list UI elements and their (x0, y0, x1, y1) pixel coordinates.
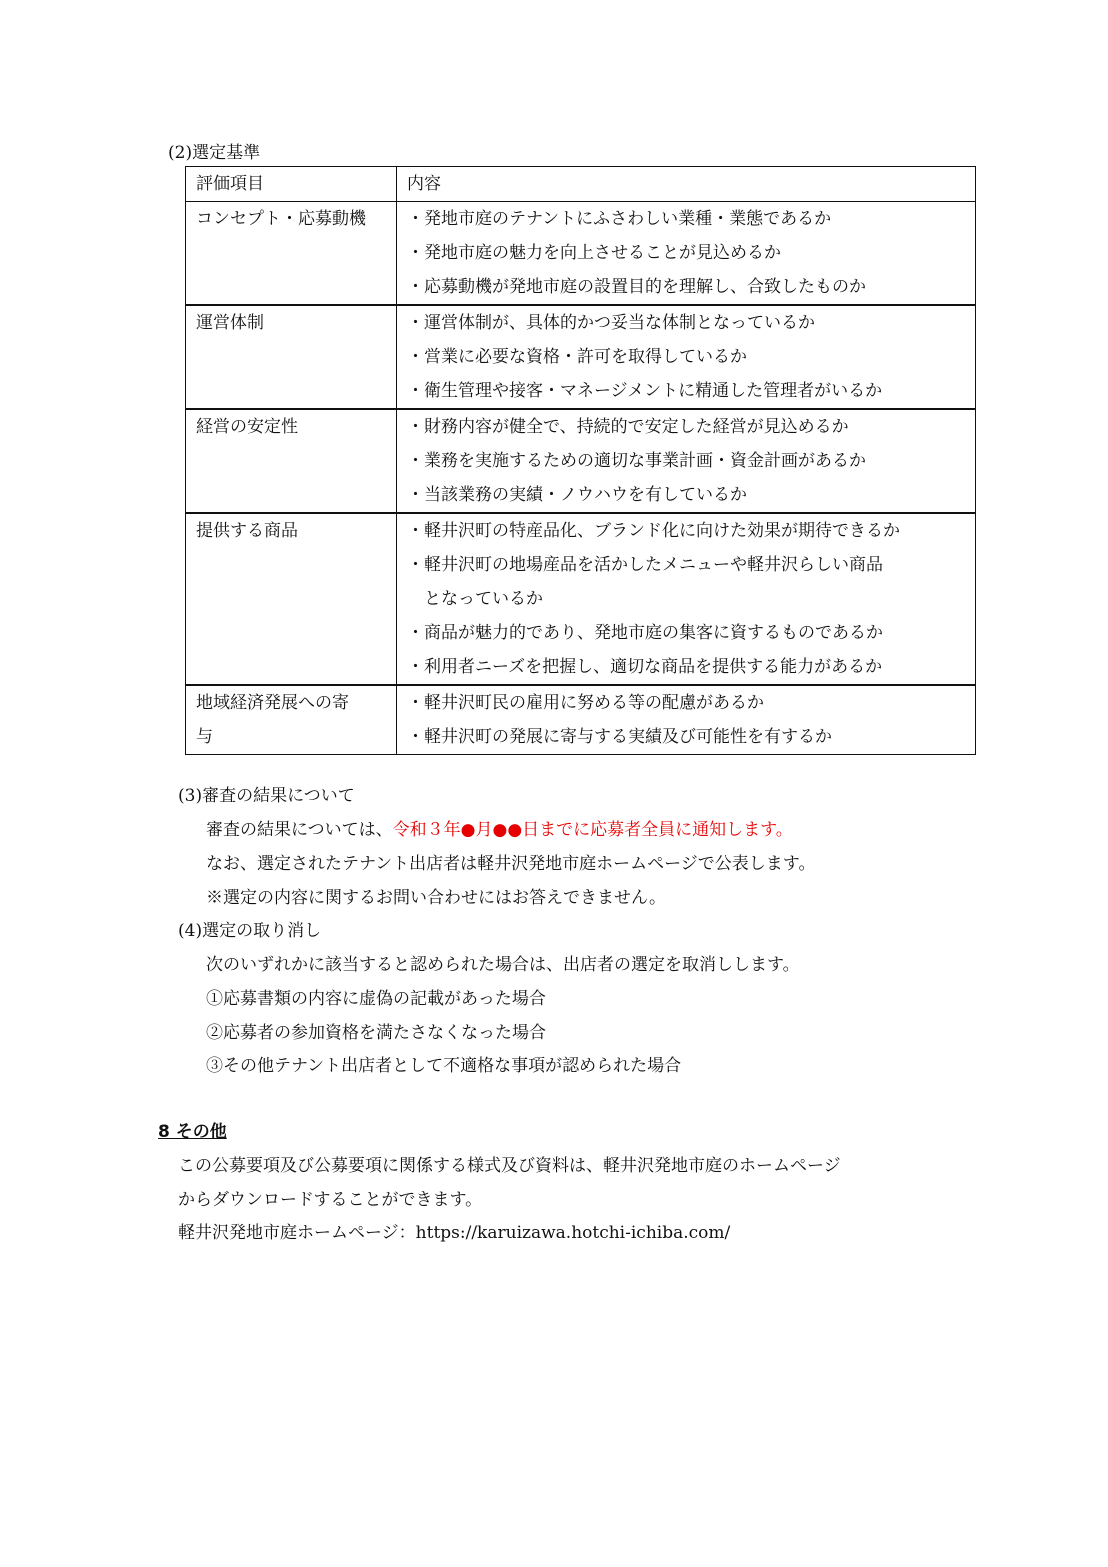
cancellation-item: ②応募者の参加資格を満たさなくなった場合 (206, 1018, 546, 1043)
criteria-item-line: 与 (196, 720, 386, 754)
other-line-1: この公募要項及び公募要項に関係する様式及び資料は、軽井沢発地市庭のホームページ (178, 1151, 841, 1176)
criteria-content: ・財務内容が健全で、持続的で安定した経営が見込めるか ・業務を実施するための適切… (397, 409, 976, 513)
section-8-heading: 8 その他 (158, 1117, 227, 1142)
criteria-item: 地域経済発展への寄 与 (186, 685, 397, 755)
criteria-line: ・業務を実施するための適切な事業計画・資金計画があるか (407, 444, 965, 478)
cancellation-item: ③その他テナント出店者として不適格な事項が認められた場合 (206, 1051, 681, 1076)
criteria-line: ・軽井沢町民の雇用に努める等の配慮があるか (407, 686, 965, 720)
table-header-row: 評価項目 内容 (186, 167, 976, 202)
table-row: 提供する商品 ・軽井沢町の特産品化、ブランド化に向けた効果が期待できるか ・軽井… (186, 513, 976, 685)
criteria-content: ・発地市庭のテナントにふさわしい業種・業態であるか ・発地市庭の魅力を向上させる… (397, 202, 976, 306)
selection-criteria-table: 評価項目 内容 コンセプト・応募動機 ・発地市庭のテナントにふさわしい業種・業態… (185, 166, 976, 755)
section-2-title: (2)選定基準 (168, 138, 260, 163)
criteria-line: ・運営体制が、具体的かつ妥当な体制となっているか (407, 306, 965, 340)
publication-note: なお、選定されたテナント出店者は軽井沢発地市庭ホームページで公表します。 (206, 849, 815, 874)
header-evaluation-item: 評価項目 (186, 167, 397, 202)
criteria-content: ・軽井沢町民の雇用に努める等の配慮があるか ・軽井沢町の発展に寄与する実績及び可… (397, 685, 976, 755)
criteria-line: ・衛生管理や接客・マネージメントに精通した管理者がいるか (407, 374, 965, 408)
section-4-title: (4)選定の取り消し (178, 916, 321, 941)
table-row: 地域経済発展への寄 与 ・軽井沢町民の雇用に努める等の配慮があるか ・軽井沢町の… (186, 685, 976, 755)
table-row: 運営体制 ・運営体制が、具体的かつ妥当な体制となっているか ・営業に必要な資格・… (186, 305, 976, 409)
criteria-item: 運営体制 (186, 305, 397, 409)
review-result-deadline: 令和３年●月●●日までに応募者全員に通知します。 (393, 820, 793, 840)
criteria-line: ・応募動機が発地市庭の設置目的を理解し、合致したものか (407, 270, 965, 304)
criteria-line: ・軽井沢町の特産品化、ブランド化に向けた効果が期待できるか (407, 514, 965, 548)
criteria-line: ・利用者ニーズを把握し、適切な商品を提供する能力があるか (407, 650, 965, 684)
criteria-line: ・営業に必要な資格・許可を取得しているか (407, 340, 965, 374)
cancellation-item: ①応募書類の内容に虚偽の記載があった場合 (206, 984, 546, 1009)
criteria-line: ・発地市庭のテナントにふさわしい業種・業態であるか (407, 202, 965, 236)
homepage-link[interactable]: 軽井沢発地市庭ホームページ：https://karuizawa.hotchi-i… (178, 1218, 730, 1243)
header-content: 内容 (397, 167, 976, 202)
criteria-line: ・軽井沢町の発展に寄与する実績及び可能性を有するか (407, 720, 965, 754)
criteria-line: ・軽井沢町の地場産品を活かしたメニューや軽井沢らしい商品 (407, 548, 965, 582)
criteria-item: 経営の安定性 (186, 409, 397, 513)
criteria-line: ・財務内容が健全で、持続的で安定した経営が見込めるか (407, 410, 965, 444)
section-3-title: (3)審査の結果について (178, 781, 355, 806)
criteria-content: ・運営体制が、具体的かつ妥当な体制となっているか ・営業に必要な資格・許可を取得… (397, 305, 976, 409)
criteria-item-line: 地域経済発展への寄 (196, 686, 386, 720)
criteria-item: コンセプト・応募動機 (186, 202, 397, 306)
table-row: 経営の安定性 ・財務内容が健全で、持続的で安定した経営が見込めるか ・業務を実施… (186, 409, 976, 513)
criteria-line: ・商品が魅力的であり、発地市庭の集客に資するものであるか (407, 616, 965, 650)
cancellation-intro: 次のいずれかに該当すると認められた場合は、出店者の選定を取消しします。 (206, 950, 800, 975)
criteria-line: ・当該業務の実績・ノウハウを有しているか (407, 478, 965, 512)
review-result-line: 審査の結果については、令和３年●月●●日までに応募者全員に通知します。 (206, 815, 793, 840)
inquiry-note: ※選定の内容に関するお問い合わせにはお答えできません。 (206, 883, 666, 908)
criteria-line: となっているか (407, 582, 965, 616)
criteria-item: 提供する商品 (186, 513, 397, 685)
criteria-content: ・軽井沢町の特産品化、ブランド化に向けた効果が期待できるか ・軽井沢町の地場産品… (397, 513, 976, 685)
table-row: コンセプト・応募動機 ・発地市庭のテナントにふさわしい業種・業態であるか ・発地… (186, 202, 976, 306)
review-result-prefix: 審査の結果については、 (206, 820, 393, 840)
other-line-2: からダウンロードすることができます。 (178, 1185, 482, 1210)
criteria-line: ・発地市庭の魅力を向上させることが見込めるか (407, 236, 965, 270)
